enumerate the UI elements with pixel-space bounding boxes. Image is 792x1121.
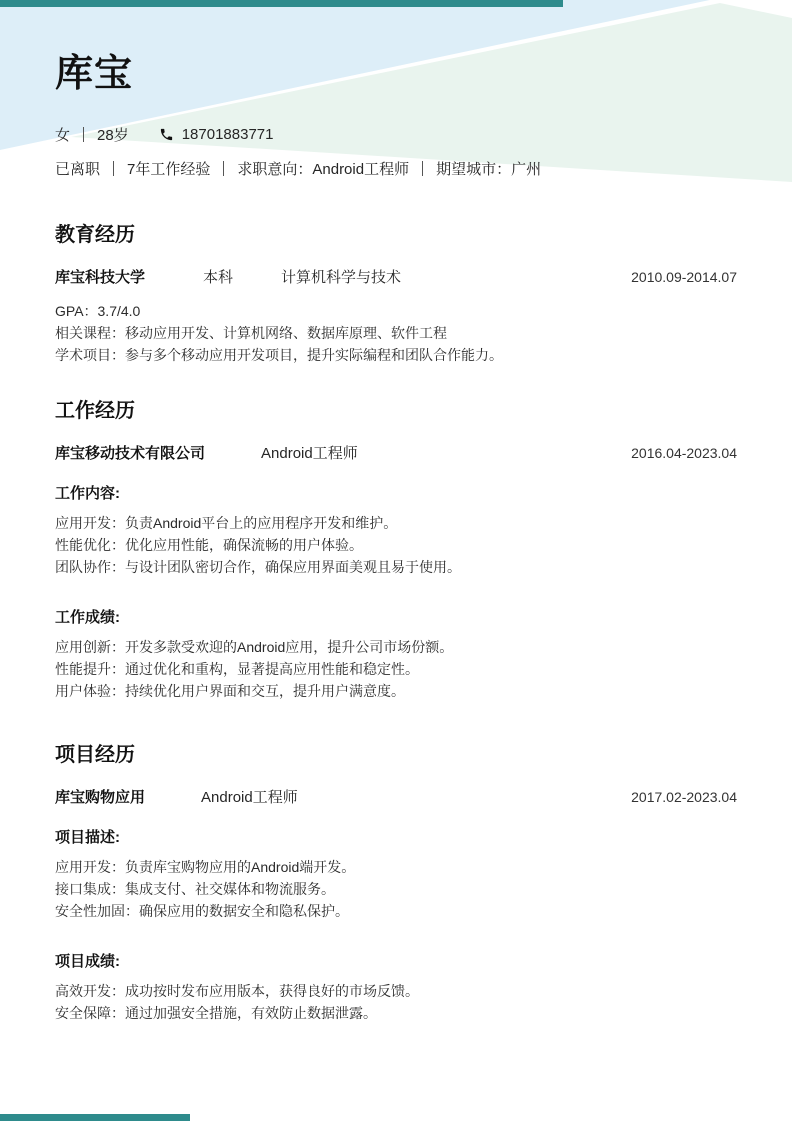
work-content-heading: 工作内容: (55, 484, 737, 504)
work-content-item: 性能优化：优化应用性能，确保流畅的用户体验。 (55, 534, 737, 556)
resume-document: 库宝 女 28岁 18701883771 已离职 7年工作经验 求职意向： An… (0, 0, 792, 1024)
phone-number: 18701883771 (182, 126, 274, 143)
work-achievement-item: 应用创新：开发多款受欢迎的Android应用，提升公司市场份额。 (55, 636, 737, 658)
separator (83, 127, 84, 142)
work-achievement-item: 用户体验：持续优化用户界面和交互，提升用户满意度。 (55, 680, 737, 702)
work-content-item: 应用开发：负责Android平台上的应用程序开发和维护。 (55, 512, 737, 534)
project-description-item: 安全性加固：确保应用的数据安全和隐私保护。 (55, 900, 737, 922)
major-label: 计算机科学与技术 (281, 266, 401, 287)
intention-value: Android工程师 (312, 158, 409, 179)
experience-label: 7年工作经验 (127, 158, 210, 179)
project-achievement-item: 安全保障：通过加强安全措施，有效防止数据泄露。 (55, 1002, 737, 1024)
section-title-project: 项目经历 (55, 742, 737, 768)
school-name: 库宝科技大学 (55, 266, 145, 287)
project-description-list: 应用开发：负责库宝购物应用的Android端开发。 接口集成：集成支付、社交媒体… (55, 856, 737, 922)
work-period: 2016.04-2023.04 (631, 445, 737, 461)
separator (113, 161, 114, 176)
degree-label: 本科 (203, 266, 233, 287)
education-entry-row: 库宝科技大学 本科 计算机科学与技术 2010.09-2014.07 (55, 266, 737, 286)
company-name: 库宝移动技术有限公司 (55, 442, 205, 463)
education-period: 2010.09-2014.07 (631, 269, 737, 285)
project-achievement-heading: 项目成绩: (55, 952, 737, 972)
work-achievement-heading: 工作成绩: (55, 608, 737, 628)
education-details: GPA：3.7/4.0 相关课程：移动应用开发、计算机网络、数据库原理、软件工程… (55, 300, 737, 366)
project-achievement-list: 高效开发：成功按时发布应用版本，获得良好的市场反馈。 安全保障：通过加强安全措施… (55, 980, 737, 1024)
project-description-heading: 项目描述: (55, 828, 737, 848)
employment-status: 已离职 (55, 158, 100, 179)
bottom-accent-bar (0, 1114, 190, 1121)
candidate-name: 库宝 (55, 50, 737, 98)
separator (422, 161, 423, 176)
project-description-item: 接口集成：集成支付、社交媒体和物流服务。 (55, 878, 737, 900)
work-entry-row: 库宝移动技术有限公司 Android工程师 2016.04-2023.04 (55, 442, 737, 462)
education-detail-line: 相关课程：移动应用开发、计算机网络、数据库原理、软件工程 (55, 322, 737, 344)
phone-icon (159, 127, 174, 142)
section-title-education: 教育经历 (55, 222, 737, 248)
contact-row: 女 28岁 18701883771 (55, 124, 737, 144)
project-period: 2017.02-2023.04 (631, 789, 737, 805)
project-role: Android工程师 (201, 786, 298, 807)
project-entry-row: 库宝购物应用 Android工程师 2017.02-2023.04 (55, 786, 737, 806)
city-label: 期望城市： (436, 158, 511, 179)
gender-label: 女 (55, 124, 70, 145)
intention-label: 求职意向： (237, 158, 312, 179)
work-achievement-list: 应用创新：开发多款受欢迎的Android应用，提升公司市场份额。 性能提升：通过… (55, 636, 737, 702)
top-accent-bar (0, 0, 563, 7)
city-value: 广州 (511, 158, 541, 179)
project-name: 库宝购物应用 (55, 786, 145, 807)
work-content-list: 应用开发：负责Android平台上的应用程序开发和维护。 性能优化：优化应用性能… (55, 512, 737, 578)
section-title-work: 工作经历 (55, 398, 737, 424)
job-intention-row: 已离职 7年工作经验 求职意向： Android工程师 期望城市： 广州 (55, 158, 737, 178)
separator (223, 161, 224, 176)
work-achievement-item: 性能提升：通过优化和重构，显著提高应用性能和稳定性。 (55, 658, 737, 680)
work-role: Android工程师 (261, 442, 358, 463)
project-description-item: 应用开发：负责库宝购物应用的Android端开发。 (55, 856, 737, 878)
age-label: 28岁 (97, 124, 129, 145)
education-detail-line: GPA：3.7/4.0 (55, 300, 737, 322)
project-achievement-item: 高效开发：成功按时发布应用版本，获得良好的市场反馈。 (55, 980, 737, 1002)
phone-group: 18701883771 (159, 126, 274, 143)
work-content-item: 团队协作：与设计团队密切合作，确保应用界面美观且易于使用。 (55, 556, 737, 578)
education-detail-line: 学术项目：参与多个移动应用开发项目，提升实际编程和团队合作能力。 (55, 344, 737, 366)
